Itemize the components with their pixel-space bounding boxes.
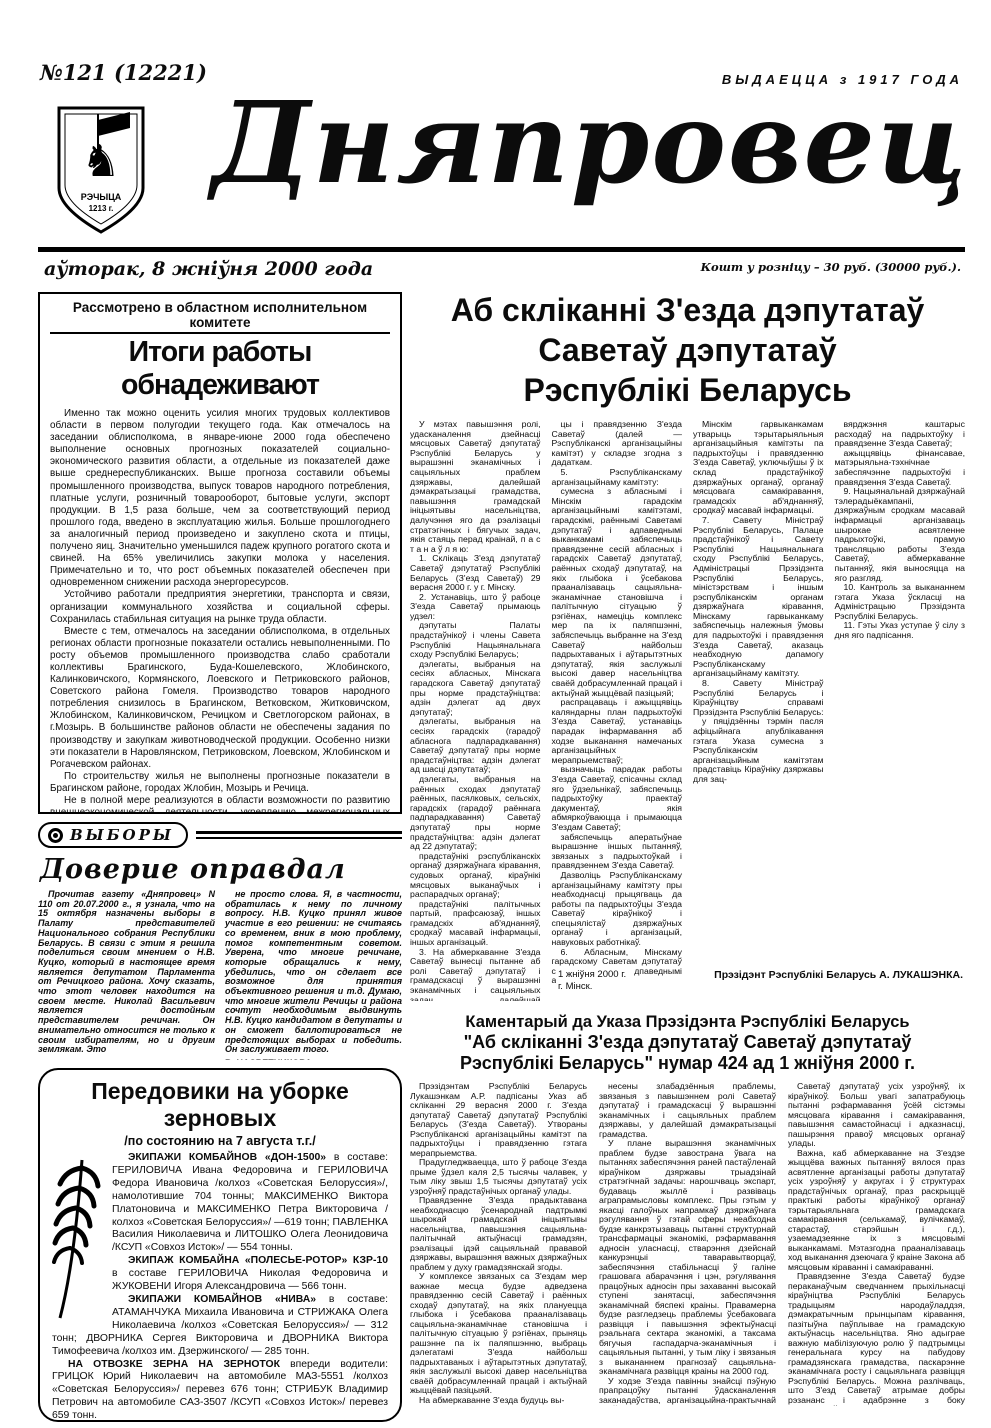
harvest-article: Передовики на уборке зерновых /по состоя… [38,1068,402,1422]
decree-columns: У мэтах павышэння ролі, удасканалення дз… [410,420,965,1001]
paragraph: Правядзенне З'езда прадыктавана неабходн… [410,1196,587,1272]
harvest-subtitle: /по состоянию на 7 августа т.г./ [52,1134,388,1148]
decree-column-3: Мінскім гарвыканкамам утварыць тэрытарыя… [693,420,824,1001]
issue-number: №121 (12221) [40,60,207,85]
commentary-column-1: Прэзідэнтам Рэспублікі Беларусь Лукашэнк… [410,1082,587,1406]
paragraph: Именно так можно оценить усилия многих т… [50,408,390,589]
paragraph: распрацаваць і ажыццявіць каляндарны пла… [552,698,683,765]
paragraph: НА ОТВОЗКЕ ЗЕРНА НА ЗЕРНОТОК впереди вод… [52,1359,388,1423]
paragraph: У ходзе З'езда павінны знайсці пэўную пр… [599,1377,776,1407]
report-body: Именно так можно оценить усилия многих т… [50,408,390,814]
right-column: Аб скліканні З'езда дэпутатаў Саветаў дэ… [410,290,965,1406]
commentary-column-3: Саветаў дэпутатаў усіх узроўняў, іх кіра… [788,1082,965,1406]
paragraph: На абмеркаванне З'езда будуць вы- [410,1396,587,1406]
decree-column-1: У мэтах павышэння ролі, удасканалення дз… [410,420,541,1001]
paragraph: Прадугледжваецца, што ў рабоце З'езда пр… [410,1158,587,1196]
commentary-header-line-1: Каментарый да Указа Прэзідэнта Рэспублік… [410,1013,965,1032]
paragraph: вызначыць парадак работы З'езда Саветаў,… [552,765,683,832]
paragraph: Прэзідэнтам Рэспублікі Беларусь Лукашэнк… [410,1082,587,1158]
report-article: Рассмотрено в областном исполнительном к… [38,292,402,814]
paragraph: Устойчиво работали предприятия энергетик… [50,589,390,625]
decree-signature: Прэзідэнт Рэспублікі Беларусь А. ЛУКАШЭН… [704,967,965,983]
elections-headline: Доверие оправдал [40,854,402,885]
paragraph: 3. На абмеркаванне З'езда Саветаў вынесц… [410,948,541,1001]
paragraph: дэлегаты, выбраныя на раённых сходах дэп… [410,775,541,852]
horseman-icon: ♞ [81,137,120,186]
paragraph: не просто слова. Я, в частности, обратил… [225,890,402,1055]
elections-badge: ВЫБОРЫ [38,822,188,848]
elections-article: ВЫБОРЫ Доверие оправдал Прочитав газету … [38,822,402,1060]
paragraph: дэлегаты, выбраныя на сесіях гарадскіх (… [410,717,541,775]
paragraph: 9. Нацыянальнай дзяржаўнай тэлерадыёкамп… [835,487,966,583]
paragraph: дэлегаты, выбраныя на сесіях абласных, М… [410,660,541,718]
left-column: Рассмотрено в областном исполнительном к… [38,292,402,1422]
decree-date: 1 жніўня 2000 г. [558,969,626,981]
commentary-columns: Прэзідэнтам Рэспублікі Беларусь Лукашэнк… [410,1082,965,1406]
paragraph: 5. Рэспубліканскаму арганізацыйнаму камі… [552,468,683,487]
commentary-header: Каментарый да Указа Прэзідэнта Рэспублік… [410,1013,965,1074]
masthead-title: Дняпровец [200,66,980,223]
emblem-shield-icon: ♞ РЭЧЫЦА 1213 г. [52,104,150,236]
paragraph: Прочитав газету «Дняпровец» N 110 от 20.… [38,890,215,1055]
commentary-header-line-2: "Аб скліканні З'езда дэпутатаў Саветаў д… [410,1032,965,1053]
paragraph: 10. Кантроль за выкананнем гэтага Указа … [835,583,966,621]
signature-name: В. НАСВЕТНИКОВА, [225,1058,402,1060]
paragraph: Саветаў дэпутатаў усіх узроўняў, іх кіра… [788,1082,965,1149]
target-icon [48,828,63,843]
date-line: аўторак, 8 жніўня 2000 года [44,258,373,280]
decree-headline: Аб скліканні З'езда дэпутатаў Саветаў дэ… [410,290,965,410]
paragraph: Дазволіць Рэспубліканскаму арганізацыйна… [552,871,683,948]
paragraph: у пяцідзённы тэрмін пасля афіцыйнага апу… [693,717,824,784]
paragraph: сумесна з абласнымі і Мінскім гарадскім … [552,487,683,698]
paragraph: вярджэння каштарыс расходаў на падрыхтоў… [835,420,966,449]
paragraph: Мінскім гарвыканкамам утварыць тэрытарыя… [693,420,824,516]
paragraph: Правядзенне З'езда Саветаў будзе перакан… [788,1272,965,1406]
paragraph: ажыццявіць фінансавае, матэрыяльна-тэхні… [835,449,966,487]
price-line: Кошт у розніцу – 30 руб. (30000 руб.). [701,260,961,274]
elections-badge-row: ВЫБОРЫ [38,822,402,848]
paragraph: прадстаўнікі палітычных партый, прафсаюз… [410,900,541,948]
report-headline: Итоги работы обнадеживают [50,336,390,402]
paragraph: У мэтах павышэння ролі, удасканалення дз… [410,420,541,554]
paragraph: Важна, каб абмеркаванне на З'ездзе жыццё… [788,1149,965,1273]
paragraph: несены злабадзённыя праблемы, звязаныя з… [599,1082,776,1139]
commentary-header-line-3: Рэспублікі Беларусь" нумар 424 ад 1 жніў… [410,1053,965,1074]
masthead-rule [38,247,965,252]
paragraph: прадстаўнікі рэспубліканскіх органаў дзя… [410,852,541,900]
paragraph: По строительству жилья не выполнены прог… [50,771,390,795]
decree-column-4: вярджэння каштарыс расходаў на падрыхтоў… [835,420,966,1001]
decree-date-place: 1 жніўня 2000 г. г. Мінск. [556,967,634,993]
elections-column-2-text: не просто слова. Я, в частности, обратил… [225,890,402,1055]
paragraph: 2. Устанавіць, што ў рабоце З'езда Савет… [410,593,541,622]
city-emblem: ♞ РЭЧЫЦА 1213 г. [52,104,150,241]
paragraph: 11. Гэты Указ уступае ў сілу з дня яго п… [835,621,966,640]
elections-column-1: Прочитав газету «Дняпровец» N 110 от 20.… [38,890,215,1060]
elections-badge-label: ВЫБОРЫ [70,826,174,844]
paragraph: У комплексе звязаных са З'ездам мер важн… [410,1272,587,1396]
harvest-title: Передовики на уборке зерновых [52,1078,388,1132]
elections-signature: В. НАСВЕТНИКОВА, учительница. [225,1058,402,1060]
decree-headline-line-1: Аб скліканні З'езда дэпутатаў [410,290,965,330]
decree-headline-line-3: Рэспублікі Беларусь [410,370,965,410]
report-kicker: Рассмотрено в областном исполнительном к… [50,300,390,334]
section-divider [196,831,402,839]
paragraph: Не в полной мере реализуются в области в… [50,795,390,814]
emblem-city-label: РЭЧЫЦА [81,192,122,202]
paragraph: У плане вырашэння эканамічных праблем бу… [599,1139,776,1377]
decree-column-2: цы і правядзенню З'езда Саветаў (далей —… [552,420,683,1001]
paragraph: дэпутаты Палаты прадстаўнікоў і члены Са… [410,621,541,659]
elections-columns: Прочитав газету «Дняпровец» N 110 от 20.… [38,890,402,1060]
paragraph: цы і правядзенню З'езда Саветаў (далей —… [552,420,683,468]
newspaper-front-page: №121 (12221) ВЫДАЕЦЦА з 1917 ГОДА ♞ РЭЧЫ… [0,0,991,1428]
paragraph: 7. Савету Міністраў Рэспублікі Беларусь,… [693,516,824,679]
emblem-year-label: 1213 г. [89,204,114,213]
elections-column-2: не просто слова. Я, в частности, обратил… [225,890,402,1060]
commentary-column-2: несены злабадзённыя праблемы, звязаныя з… [599,1082,776,1406]
decree-place: г. Мінск. [558,981,626,993]
decree-headline-line-2: Саветаў дэпутатаў [410,330,965,370]
wheat-icon [48,1154,104,1322]
paragraph: 8. Савету Міністраў Рэспублікі Беларусь … [693,679,824,717]
paragraph: Вместе с тем, отмечалось на заседании об… [50,626,390,771]
paragraph: забяспечыць аператыўнае вырашэнне іншых … [552,833,683,871]
paragraph: 1. Склікаць З'езд дэпутатаў Саветаў дэпу… [410,554,541,592]
